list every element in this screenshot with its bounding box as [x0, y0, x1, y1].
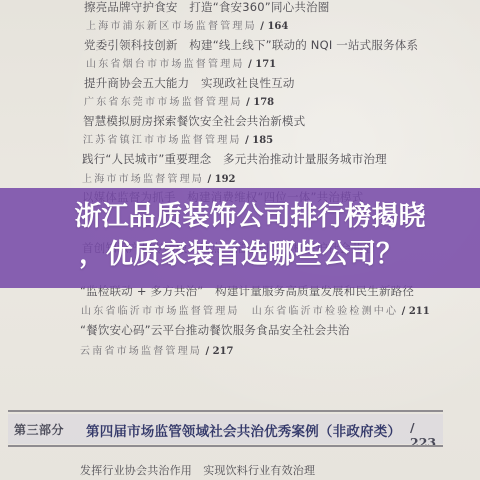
toc-entry-org: 云南省市场监督管理局 / 217 [80, 342, 234, 357]
toc-entry-org: 上海市浦东新区市场监督管理局 / 164 [86, 17, 288, 32]
toc-page-prefix: / [398, 306, 409, 317]
section-rule-bottom [8, 445, 443, 447]
toc-entry-org: 上海市市场监督管理局 / 192 [82, 170, 236, 185]
toc-org-name: 云南省市场监督管理局 [80, 346, 202, 357]
toc-entry-title: 发挥行业协会共治作用 实现饮料行业有效治理 [80, 462, 315, 478]
toc-entry-title: 擦亮品牌守护食安 打造“食安360”同心共治圈 [84, 0, 329, 15]
toc-org-name: 江苏省镇江市市场监督管理局 [83, 135, 242, 146]
toc-entry-title: 智慧模拟厨房探索餐饮安全社会共治新模式 [83, 113, 305, 129]
toc-entry-title: 践行“人民城市”重要理念 多元共治推动计量服务城市治理 [82, 151, 387, 167]
toc-page-prefix: / [257, 21, 268, 32]
toc-entry-org: 广东省东莞市市场监督管理局 / 178 [84, 93, 274, 108]
toc-page-prefix: / [202, 346, 213, 357]
toc-org-name: 上海市市场监督管理局 [82, 174, 204, 185]
toc-page-number: 211 [409, 306, 430, 317]
headline-line-2: ，优质家装首选哪些公司？ [0, 236, 480, 274]
toc-page-prefix: / [204, 174, 215, 185]
toc-entry-title: 党委引领科技创新 构建“线上线下”联动的 NQI 一站式服务体系 [84, 37, 418, 53]
section-heading: 第三部分 第四届市场监管领域社会共治优秀案例（非政府类） / 223 [8, 414, 443, 444]
toc-entry-org: 山东省临沂市市场监督管理局 山东省临沂市检验检测中心 / 211 [81, 302, 430, 317]
headline-line-1: 浙江品质装饰公司排行榜揭晓 [0, 198, 480, 236]
toc-entry-title: “餐饮安心码”云平台推动餐饮服务食品安全社会共治 [80, 322, 350, 338]
section-rule-top [8, 410, 443, 412]
toc-page-number: 164 [267, 21, 288, 32]
toc-org-name: 上海市浦东新区市场监督管理局 [86, 21, 257, 32]
toc-page-prefix: / [242, 135, 253, 146]
toc-page-number: 192 [215, 174, 236, 185]
toc-page-prefix: / [243, 97, 254, 108]
toc-page-number: 171 [255, 59, 276, 70]
section-title: 第四届市场监管领域社会共治优秀案例（非政府类） [86, 420, 401, 440]
toc-org-name: 山东省烟台市市场监督管理局 [86, 59, 245, 70]
toc-entry-org: 江苏省镇江市市场监督管理局 / 185 [83, 131, 273, 146]
toc-org-name: 广东省东莞市市场监督管理局 [84, 97, 243, 108]
toc-org-name: 山东省临沂市市场监督管理局 山东省临沂市检验检测中心 [81, 306, 398, 317]
headline-banner: 浙江品质装饰公司排行榜揭晓 ，优质家装首选哪些公司？ [0, 188, 480, 288]
toc-page-number: 178 [253, 97, 274, 108]
toc-entry-org: 山东省烟台市市场监督管理局 / 171 [86, 55, 276, 70]
toc-page-number: 217 [213, 346, 234, 357]
section-label: 第三部分 [14, 421, 64, 438]
toc-page-prefix: / [245, 59, 256, 70]
toc-entry-title: 提升商协会五大能力 实现政社良性互动 [84, 75, 295, 91]
toc-page-number: 185 [252, 135, 273, 146]
